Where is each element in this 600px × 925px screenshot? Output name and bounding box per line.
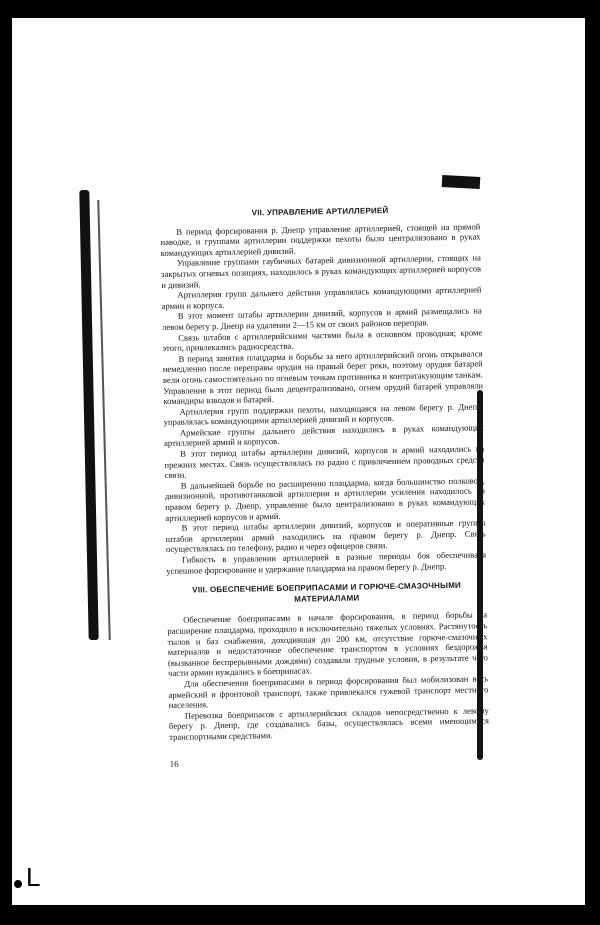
paragraph: В дальнейшей борьбе по расширению плацда…: [165, 475, 486, 523]
document-page: VII. УПРАВЛЕНИЕ АРТИЛЛЕРИЕЙ В период фор…: [160, 204, 490, 769]
paragraph: Гибкость в управлении артиллерией в разн…: [166, 549, 486, 576]
paragraph: Перевозка боеприпасов с артиллерийских с…: [169, 705, 490, 742]
ink-dot: [14, 880, 22, 888]
paragraph: Обеспечение боеприпасами в начале форсир…: [167, 610, 488, 679]
ink-smudge: [442, 175, 481, 189]
paragraph: В период занятия плацдарма и борьбы за н…: [163, 348, 484, 407]
section-heading-viii: VIII. ОБЕСПЕЧЕНИЕ БОЕПРИПАСАМИ И ГОРЮЧЕ-…: [167, 581, 487, 608]
margin-mark: L: [26, 862, 40, 893]
